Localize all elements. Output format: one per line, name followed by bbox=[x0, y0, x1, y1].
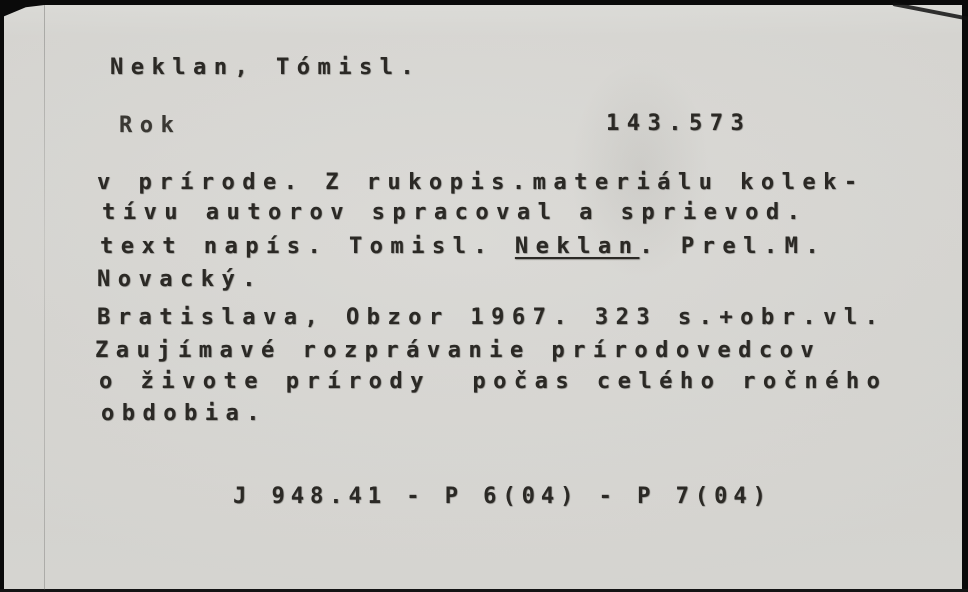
annotation-line: o živote prírody počas celého ročného bbox=[99, 371, 887, 393]
annotation-line: Novacký. bbox=[97, 269, 263, 291]
catalog-card: Neklan, Tómisl. Rok 143.573 v prírode. Z… bbox=[0, 0, 968, 592]
annotation-line: obdobia. bbox=[101, 403, 267, 425]
crease-line bbox=[44, 5, 45, 590]
call-number: 143.573 bbox=[606, 113, 751, 135]
annotation-line: v prírode. Z rukopis.materiálu kolek- bbox=[97, 172, 865, 194]
annotation-line-segment: text napís. Tomisl. bbox=[100, 234, 515, 259]
card-left-edge bbox=[0, 0, 4, 592]
title-entry-word: Rok bbox=[119, 115, 181, 137]
annotation-line: tívu autorov spracoval a sprievod. bbox=[102, 202, 807, 224]
annotation-line: text napís. Tomisl. Neklan. Prel.M. bbox=[100, 236, 826, 258]
card-top-edge bbox=[0, 0, 968, 5]
card-right-edge bbox=[962, 0, 968, 592]
annotation-line-segment: . Prel.M. bbox=[639, 234, 826, 259]
author-heading: Neklan, Tómisl. bbox=[110, 57, 421, 79]
imprint-line: Bratislava, Obzor 1967. 323 s.+obr.vl. bbox=[97, 307, 885, 329]
classification-line: J 948.41 - P 6(04) - P 7(04) bbox=[233, 486, 772, 508]
annotation-line: Zaujímavé rozprávanie prírodovedcov bbox=[95, 340, 821, 362]
underlined-surname: Neklan bbox=[515, 234, 639, 259]
